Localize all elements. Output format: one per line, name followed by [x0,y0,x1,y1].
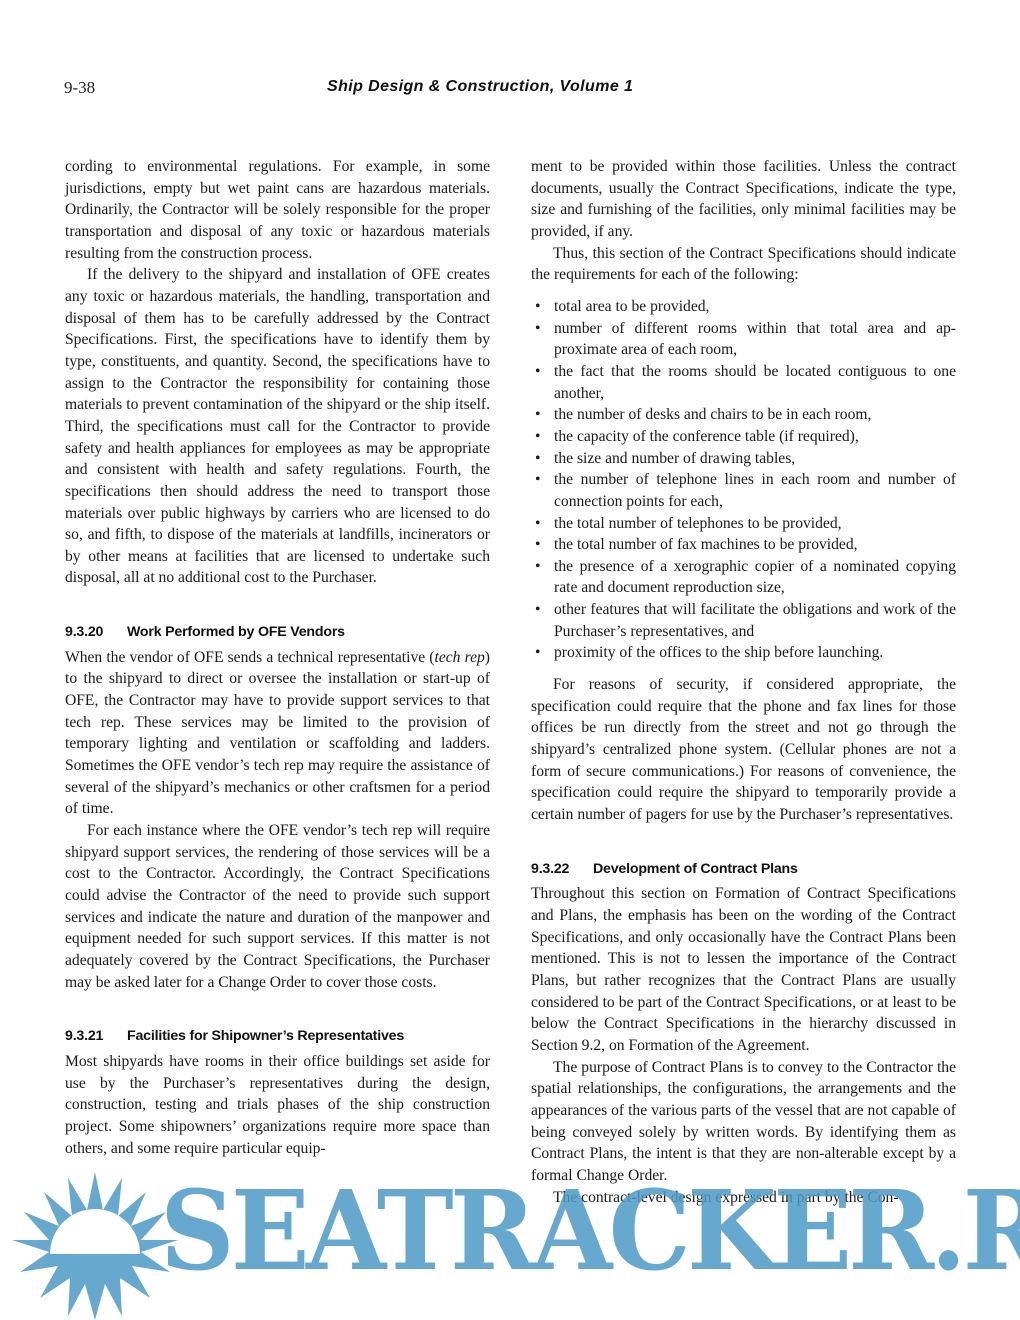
paragraph: cording to environmental regulations. Fo… [65,156,490,264]
section-title: Facilities for Shipowner’s Representativ… [127,1028,404,1044]
paragraph: Thus, this section of the Contract Speci… [531,243,956,286]
list-item: other features that will facilitate the … [531,599,956,642]
text-run: ) to the shipyard to direct or oversee t… [65,649,490,818]
section-number: 9.3.20 [65,622,127,644]
watermark-text: SEATRACKER.RU [160,1176,1020,1286]
list-item: total area to be provided, [531,296,956,318]
section-heading-9-3-20: 9.3.20Work Performed by OFE Vendors [65,622,490,644]
paragraph: Throughout this section on Formation of … [531,883,956,1056]
section-heading-9-3-22: 9.3.22Development of Contract Plans [531,859,956,881]
paragraph: If the delivery to the shipyard and inst… [65,264,490,589]
paragraph: Most shipyards have rooms in their offic… [65,1051,490,1159]
paragraph: For reasons of security, if considered a… [531,674,956,826]
document-page: 9-38 Ship Design & Construction, Volume … [0,0,1020,1320]
paragraph: ment to be provided within those facilit… [531,156,956,243]
section-title: Work Performed by OFE Vendors [127,624,345,640]
italic-term: tech rep [435,649,485,666]
section-heading-9-3-21: 9.3.21Facilities for Shipowner’s Represe… [65,1026,490,1048]
section-number: 9.3.22 [531,859,593,881]
right-column: ment to be provided within those facilit… [531,156,956,1208]
section-number: 9.3.21 [65,1026,127,1048]
list-item: the fact that the rooms should be locate… [531,361,956,404]
page-header: 9-38 Ship Design & Construction, Volume … [64,78,957,104]
left-column: cording to environmental regulations. Fo… [65,156,490,1159]
section-title: Development of Contract Plans [593,861,798,877]
sunburst-watermark-icon [10,1170,180,1320]
list-item: the number of desks and chairs to be in … [531,404,956,426]
list-item: the capacity of the conference table (if… [531,426,956,448]
text-run: When the vendor of OFE sends a technical… [65,649,435,666]
list-item: the number of telephone lines in each ro… [531,469,956,512]
paragraph: When the vendor of OFE sends a technical… [65,647,490,820]
paragraph: For each instance where the OFE vendor’s… [65,820,490,993]
list-item: number of different rooms within that to… [531,318,956,361]
list-item: the size and number of drawing tables, [531,448,956,470]
list-item: the total number of telephones to be pro… [531,513,956,535]
list-item: the total number of fax machines to be p… [531,534,956,556]
list-item: the presence of a xerographic copier of … [531,556,956,599]
requirements-list: total area to be provided, number of dif… [531,296,956,664]
running-title: Ship Design & Construction, Volume 1 [64,78,957,96]
list-item: proximity of the offices to the ship bef… [531,642,956,664]
